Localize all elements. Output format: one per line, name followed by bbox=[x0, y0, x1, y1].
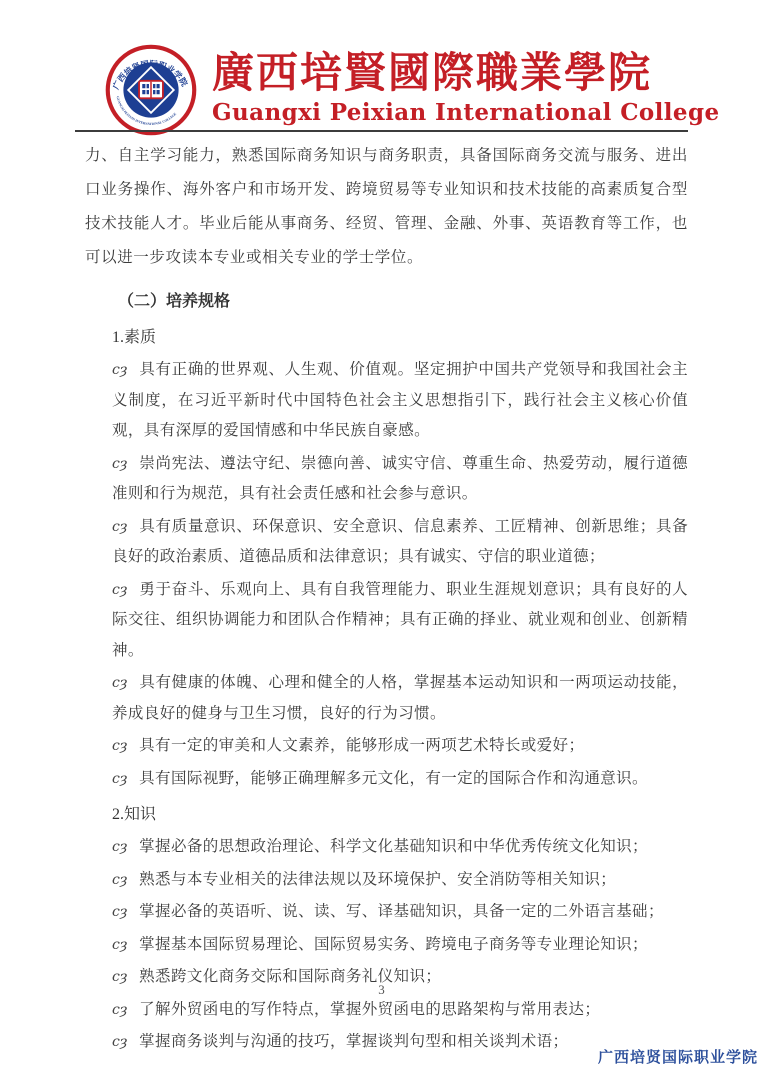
list-item: cȝ掌握必备的英语听、说、读、写、译基础知识，具备一定的二外语言基础； bbox=[85, 897, 688, 928]
ornament-bullet-icon: cȝ bbox=[112, 675, 127, 691]
ornament-bullet-icon: cȝ bbox=[112, 456, 127, 472]
bullet-text: 掌握必备的思想政治理论、科学文化基础知识和中华优秀传统文化知识； bbox=[139, 838, 648, 855]
ornament-bullet-icon: cȝ bbox=[112, 582, 127, 598]
list-item: cȝ了解外贸函电的写作特点，掌握外贸函电的思路架构与常用表达； bbox=[85, 995, 688, 1026]
list-item: cȝ崇尚宪法、遵法守纪、崇德向善、诚实守信、尊重生命、热爱劳动，履行道德准则和行… bbox=[85, 449, 688, 510]
college-logo-emblem: 广西培贤国际职业学院 GUANGXI PEIXIAN INTERNATIONAL… bbox=[101, 44, 201, 136]
list-item: cȝ具有国际视野，能够正确理解多元文化，有一定的国际合作和沟通意识。 bbox=[85, 764, 688, 795]
ornament-bullet-icon: cȝ bbox=[112, 1002, 127, 1018]
ornament-bullet-icon: cȝ bbox=[112, 519, 127, 535]
list-item: cȝ熟悉与本专业相关的法律法规以及环境保护、安全消防等相关知识； bbox=[85, 865, 688, 896]
knowledge-bullet-list: cȝ掌握必备的思想政治理论、科学文化基础知识和中华优秀传统文化知识； cȝ熟悉与… bbox=[85, 832, 688, 1058]
list-item: cȝ掌握必备的思想政治理论、科学文化基础知识和中华优秀传统文化知识； bbox=[85, 832, 688, 863]
bullet-text: 崇尚宪法、遵法守纪、崇德向善、诚实守信、尊重生命、热爱劳动，履行道德准则和行为规… bbox=[112, 455, 688, 503]
quality-bullet-list: cȝ具有正确的世界观、人生观、价值观。坚定拥护中国共产党领导和我国社会主义制度，… bbox=[85, 355, 688, 794]
bullet-text: 具有一定的审美和人文素养，能够形成一两项艺术特长或爱好； bbox=[139, 737, 584, 754]
footer-watermark: 广西培贤国际职业学院 bbox=[598, 1046, 758, 1067]
book-icon bbox=[139, 81, 163, 98]
bullet-text: 掌握基本国际贸易理论、国际贸易实务、跨境电子商务等专业理论知识； bbox=[139, 936, 648, 953]
list-item: cȝ具有健康的体魄、心理和健全的人格，掌握基本运动知识和一两项运动技能，养成良好… bbox=[85, 668, 688, 729]
subsection-heading-quality: 1.素质 bbox=[85, 323, 688, 353]
bullet-text: 勇于奋斗、乐观向上、具有自我管理能力、职业生涯规划意识；具有良好的人际交往、组织… bbox=[112, 581, 688, 659]
bullet-text: 掌握商务谈判与沟通的技巧，掌握谈判句型和相关谈判术语； bbox=[139, 1033, 568, 1050]
bullet-text: 具有正确的世界观、人生观、价值观。坚定拥护中国共产党领导和我国社会主义制度，在习… bbox=[112, 361, 688, 439]
subsection-heading-knowledge: 2.知识 bbox=[85, 800, 688, 830]
bullet-text: 熟悉与本专业相关的法律法规以及环境保护、安全消防等相关知识； bbox=[139, 871, 616, 888]
page-number: 3 bbox=[0, 982, 763, 998]
ornament-bullet-icon: cȝ bbox=[112, 738, 127, 754]
college-title-block: 廣西培賢國際職業學院 Guangxi Peixian International… bbox=[212, 50, 672, 126]
section-heading-training-specs: （二）培养规格 bbox=[85, 287, 688, 317]
ornament-bullet-icon: cȝ bbox=[112, 937, 127, 953]
list-item: cȝ具有质量意识、环保意识、安全意识、信息素养、工匠精神、创新思维；具备良好的政… bbox=[85, 512, 688, 573]
bullet-text: 具有质量意识、环保意识、安全意识、信息素养、工匠精神、创新思维；具备良好的政治素… bbox=[112, 518, 688, 566]
bullet-text: 具有健康的体魄、心理和健全的人格，掌握基本运动知识和一两项运动技能，养成良好的健… bbox=[112, 674, 688, 722]
ornament-bullet-icon: cȝ bbox=[112, 839, 127, 855]
ornament-bullet-icon: cȝ bbox=[112, 904, 127, 920]
ornament-bullet-icon: cȝ bbox=[112, 1034, 127, 1050]
list-item: cȝ勇于奋斗、乐观向上、具有自我管理能力、职业生涯规划意识；具有良好的人际交往、… bbox=[85, 575, 688, 667]
ornament-bullet-icon: cȝ bbox=[112, 771, 127, 787]
bullet-text: 掌握必备的英语听、说、读、写、译基础知识，具备一定的二外语言基础； bbox=[139, 903, 664, 920]
list-item: cȝ掌握基本国际贸易理论、国际贸易实务、跨境电子商务等专业理论知识； bbox=[85, 930, 688, 961]
ornament-bullet-icon: cȝ bbox=[112, 362, 127, 378]
list-item: cȝ具有一定的审美和人文素养，能够形成一两项艺术特长或爱好； bbox=[85, 731, 688, 762]
bullet-text: 了解外贸函电的写作特点，掌握外贸函电的思路架构与常用表达； bbox=[139, 1001, 600, 1018]
intro-paragraph: 力、自主学习能力，熟悉国际商务知识与商务职责，具备国际商务交流与服务、进出口业务… bbox=[85, 139, 688, 275]
document-body: 力、自主学习能力，熟悉国际商务知识与商务职责，具备国际商务交流与服务、进出口业务… bbox=[85, 139, 688, 1060]
header-divider bbox=[75, 130, 688, 132]
list-item: cȝ具有正确的世界观、人生观、价值观。坚定拥护中国共产党领导和我国社会主义制度，… bbox=[85, 355, 688, 447]
college-title-chinese: 廣西培賢國際職業學院 bbox=[212, 50, 672, 96]
college-logo: 广西培贤国际职业学院 GUANGXI PEIXIAN INTERNATIONAL… bbox=[101, 44, 201, 136]
bullet-text: 具有国际视野，能够正确理解多元文化，有一定的国际合作和沟通意识。 bbox=[139, 770, 648, 787]
ornament-bullet-icon: cȝ bbox=[112, 872, 127, 888]
college-title-english: Guangxi Peixian International College bbox=[212, 99, 672, 126]
